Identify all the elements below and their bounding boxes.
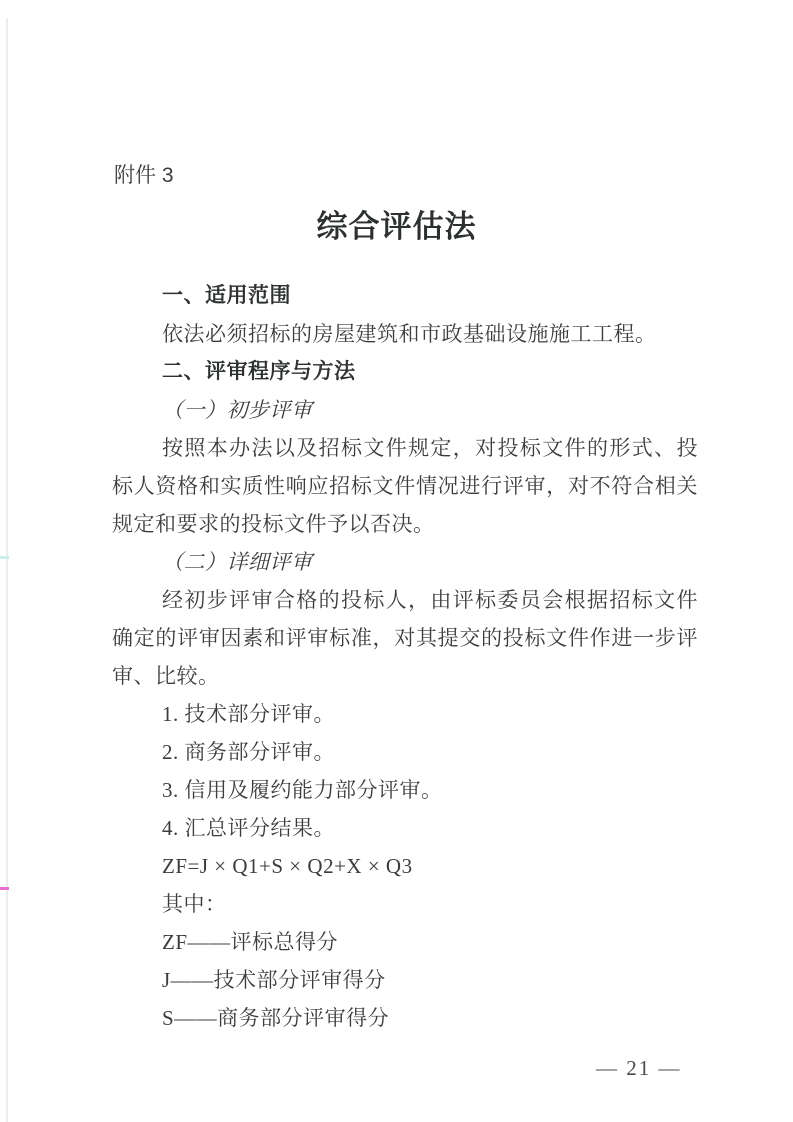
- subsection-2-heading: （二）详细评审: [112, 543, 698, 581]
- document-title: 综合评估法: [0, 204, 793, 250]
- page-number: — 21 —: [596, 1049, 682, 1087]
- section-1-heading: 一、适用范围: [112, 277, 698, 315]
- section-2-heading: 二、评审程序与方法: [112, 353, 698, 391]
- definition-zf: ZF——评标总得分: [112, 923, 698, 961]
- list-item-2: 2. 商务部分评审。: [112, 733, 698, 771]
- scan-mark-pink: [0, 887, 9, 890]
- document-body: 一、适用范围 依法必须招标的房屋建筑和市政基础设施施工工程。 二、评审程序与方法…: [112, 277, 698, 1037]
- list-item-1: 1. 技术部分评审。: [112, 695, 698, 733]
- scan-mark-cyan: [0, 556, 9, 559]
- subsection-1-heading: （一）初步评审: [112, 391, 698, 429]
- definition-j: J——技术部分评审得分: [112, 961, 698, 999]
- definition-s: S——商务部分评审得分: [112, 999, 698, 1037]
- subsection-2-paragraph: 经初步评审合格的投标人，由评标委员会根据招标文件确定的评审因素和评审标准，对其提…: [112, 581, 698, 695]
- section-1-paragraph: 依法必须招标的房屋建筑和市政基础设施施工工程。: [112, 315, 698, 353]
- where-label: 其中：: [112, 885, 698, 923]
- attachment-label: 附件 3: [114, 157, 174, 195]
- subsection-1-paragraph: 按照本办法以及招标文件规定，对投标文件的形式、投标人资格和实质性响应招标文件情况…: [112, 429, 698, 543]
- list-item-3: 3. 信用及履约能力部分评审。: [112, 771, 698, 809]
- scan-edge-line: [6, 18, 8, 1122]
- document-page: 附件 3 综合评估法 一、适用范围 依法必须招标的房屋建筑和市政基础设施施工工程…: [0, 0, 793, 1122]
- score-formula: ZF=J × Q1+S × Q2+X × Q3: [112, 847, 698, 885]
- list-item-4: 4. 汇总评分结果。: [112, 809, 698, 847]
